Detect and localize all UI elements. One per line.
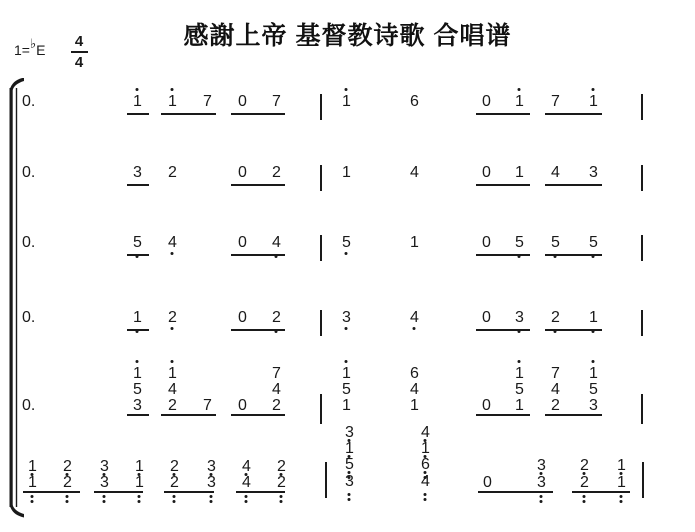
barline [641, 310, 643, 336]
beam-underline [23, 491, 80, 493]
note: 3 [133, 166, 142, 180]
note: 4 [421, 475, 430, 489]
note: 2 [170, 460, 179, 474]
note: 1 [589, 95, 598, 109]
note: 1 [515, 399, 524, 413]
barline [641, 94, 643, 120]
octave-dot-above [136, 360, 139, 363]
beam-underline [545, 414, 602, 416]
octave-dot-above [136, 88, 139, 91]
note: 4 [168, 383, 177, 397]
barline [320, 310, 322, 336]
note: 5 [589, 383, 598, 397]
beam-underline [127, 254, 149, 256]
beam-underline [231, 254, 285, 256]
octave-dots-below [66, 495, 69, 503]
note: 0 [238, 95, 247, 109]
note: 0 [483, 476, 492, 490]
note: 1 [515, 166, 524, 180]
barline [320, 165, 322, 191]
beam-underline [476, 184, 530, 186]
octave-dot-above [345, 360, 348, 363]
note: 1 [342, 367, 351, 381]
note: 7 [203, 399, 212, 413]
note: 4 [421, 426, 430, 440]
note: 1 [133, 367, 142, 381]
octave-dots-below [103, 495, 106, 503]
octave-dot-above [518, 88, 521, 91]
note: 2 [168, 311, 177, 325]
score-sheet: 感謝上帝 基督教诗歌 合唱谱 1=♭E 4 4 0.117071601710.3… [0, 0, 695, 532]
note: 5 [551, 236, 560, 250]
note: 4 [410, 311, 419, 325]
note: 0 [482, 399, 491, 413]
octave-dot-above [592, 360, 595, 363]
note: 2 [272, 311, 281, 325]
note: 4 [551, 166, 560, 180]
beam-underline [545, 184, 602, 186]
note: 4 [242, 460, 251, 474]
octave-dots-below [424, 493, 427, 501]
note: 2 [63, 460, 72, 474]
note: 1 [515, 367, 524, 381]
note: 0 [238, 399, 247, 413]
octave-dots-below [171, 252, 174, 255]
note: 1 [168, 95, 177, 109]
note: 3 [133, 399, 142, 413]
beam-underline [545, 254, 602, 256]
note: 7 [203, 95, 212, 109]
note: 7 [551, 367, 560, 381]
barline [320, 94, 322, 120]
dotted-rest: 0. [22, 311, 35, 325]
note: 2 [63, 476, 72, 490]
note: 0 [482, 311, 491, 325]
note: 1 [28, 476, 37, 490]
beam-underline [476, 329, 530, 331]
note: 5 [133, 383, 142, 397]
beam-underline [572, 491, 630, 493]
dotted-rest: 0. [22, 166, 35, 180]
note: 5 [342, 236, 351, 250]
note: 3 [207, 460, 216, 474]
beam-underline [231, 414, 285, 416]
beam-underline [236, 491, 285, 493]
note: 2 [551, 311, 560, 325]
note: 4 [272, 383, 281, 397]
barline [320, 235, 322, 261]
note: 6 [410, 367, 419, 381]
beam-underline [161, 113, 216, 115]
note: 1 [135, 476, 144, 490]
beam-underline [161, 414, 216, 416]
beam-underline [164, 491, 214, 493]
note: 2 [580, 476, 589, 490]
note: 0 [238, 311, 247, 325]
note: 4 [168, 236, 177, 250]
note: 1 [135, 460, 144, 474]
note: 4 [410, 166, 419, 180]
note: 3 [100, 460, 109, 474]
note: 1 [133, 95, 142, 109]
note: 5 [342, 383, 351, 397]
octave-dots-below [345, 327, 348, 330]
octave-dot-above [592, 88, 595, 91]
note: 2 [277, 460, 286, 474]
note: 1 [342, 95, 351, 109]
note: 4 [410, 383, 419, 397]
note: 5 [515, 383, 524, 397]
note: 3 [345, 426, 354, 440]
note: 2 [272, 166, 281, 180]
octave-dots-below [210, 495, 213, 503]
barline [641, 394, 643, 424]
note: 4 [551, 383, 560, 397]
barline [642, 462, 644, 498]
note: 1 [133, 311, 142, 325]
note: 1 [617, 459, 626, 473]
octave-dots-below [171, 327, 174, 330]
note: 0 [482, 95, 491, 109]
note: 3 [537, 459, 546, 473]
note: 1 [617, 476, 626, 490]
octave-dots-below [348, 493, 351, 501]
note: 2 [170, 476, 179, 490]
note: 6 [421, 458, 430, 472]
note: 1 [421, 442, 430, 456]
note: 1 [410, 399, 419, 413]
octave-dots-below [345, 252, 348, 255]
octave-dot-above [518, 360, 521, 363]
beam-underline [476, 254, 530, 256]
note: 7 [272, 367, 281, 381]
note: 3 [207, 476, 216, 490]
note: 6 [410, 95, 419, 109]
octave-dots-below [31, 495, 34, 503]
note: 1 [168, 367, 177, 381]
note: 5 [589, 236, 598, 250]
note: 1 [342, 399, 351, 413]
beam-underline [545, 329, 602, 331]
note: 0 [238, 166, 247, 180]
beam-underline [231, 329, 285, 331]
note: 3 [342, 311, 351, 325]
barline [641, 235, 643, 261]
note: 3 [345, 475, 354, 489]
beam-underline [127, 184, 149, 186]
note: 0 [482, 166, 491, 180]
note: 3 [537, 476, 546, 490]
octave-dot-above [171, 360, 174, 363]
note: 3 [515, 311, 524, 325]
note: 3 [589, 399, 598, 413]
note: 7 [551, 95, 560, 109]
note: 2 [551, 399, 560, 413]
octave-dots-below [620, 495, 623, 503]
note: 2 [168, 166, 177, 180]
beam-underline [127, 329, 149, 331]
barline [325, 462, 327, 498]
octave-dots-below [245, 495, 248, 503]
octave-dots-below [280, 495, 283, 503]
beam-underline [127, 113, 149, 115]
beam-underline [476, 414, 530, 416]
octave-dots-below [173, 495, 176, 503]
note: 1 [342, 166, 351, 180]
beam-underline [231, 113, 285, 115]
note: 2 [277, 476, 286, 490]
note: 1 [410, 236, 419, 250]
octave-dots-below [413, 327, 416, 330]
octave-dot-above [345, 88, 348, 91]
beam-underline [476, 113, 530, 115]
note: 4 [242, 476, 251, 490]
beam-underline [231, 184, 285, 186]
note: 2 [168, 399, 177, 413]
barline [320, 394, 322, 424]
note: 7 [272, 95, 281, 109]
note: 2 [272, 399, 281, 413]
dotted-rest: 0. [22, 95, 35, 109]
octave-dot-above [171, 88, 174, 91]
note: 3 [100, 476, 109, 490]
note: 1 [589, 367, 598, 381]
octave-dots-below [583, 495, 586, 503]
note: 1 [589, 311, 598, 325]
note: 1 [345, 442, 354, 456]
beam-underline [127, 414, 149, 416]
beam-underline [94, 491, 143, 493]
note: 5 [345, 458, 354, 472]
beam-underline [478, 491, 553, 493]
note: 5 [133, 236, 142, 250]
note: 4 [272, 236, 281, 250]
score-area: 0.117071601710.32021401430.54045105550.1… [0, 0, 695, 532]
barline [641, 165, 643, 191]
note: 2 [580, 459, 589, 473]
dotted-rest: 0. [22, 236, 35, 250]
beam-underline [545, 113, 602, 115]
note: 3 [589, 166, 598, 180]
note: 0 [238, 236, 247, 250]
octave-dots-below [540, 495, 543, 503]
dotted-rest: 0. [22, 399, 35, 413]
note: 5 [515, 236, 524, 250]
note: 1 [28, 460, 37, 474]
note: 1 [515, 95, 524, 109]
note: 0 [482, 236, 491, 250]
octave-dots-below [138, 495, 141, 503]
